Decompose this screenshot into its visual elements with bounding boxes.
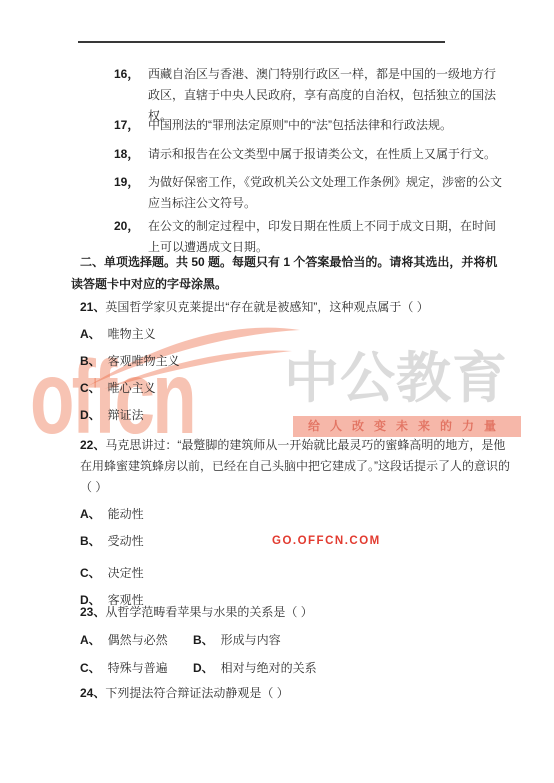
option-d: D、辩证法: [80, 405, 510, 426]
option-letter: A、: [80, 633, 101, 647]
question-18: 18， 请示和报告在公文类型中属于报请类公文，在性质上又属于行文。: [114, 144, 506, 165]
question-number: 23、: [80, 605, 105, 619]
question-text: 21、英国哲学家贝克莱提出“存在就是被感知”，这种观点属于（ ）: [80, 297, 510, 318]
question-text: 请示和报告在公文类型中属于报请类公文，在性质上又属于行文。: [148, 144, 506, 165]
option-text: 能动性: [108, 507, 144, 521]
option-b: B、客观唯物主义: [80, 351, 510, 372]
option-row: C、特殊与普遍 D、相对与绝对的关系: [80, 658, 510, 679]
question-text: 24、下列提法符合辩证法动静观是（ ）: [80, 683, 510, 704]
option-text: 客观唯物主义: [108, 354, 180, 368]
header-divider: [78, 41, 445, 43]
option-b: B、受动性: [80, 531, 510, 552]
option-letter: B、: [193, 633, 214, 647]
question-19: 19， 为做好保密工作，《党政机关公文处理工作条例》规定，涉密的公文应当标注公文…: [114, 172, 506, 214]
option-text: 辩证法: [108, 408, 144, 422]
question-23: 23、从哲学范畴看苹果与水果的关系是（ ） A、偶然与必然 B、形成与内容 C、…: [80, 602, 510, 679]
option-letter: B、: [80, 354, 101, 368]
option-text: 特殊与普遍: [108, 661, 168, 675]
option-c: C、唯心主义: [80, 378, 510, 399]
option-letter: B、: [80, 534, 101, 548]
option-letter: C、: [80, 566, 101, 580]
option-text: 偶然与必然: [108, 633, 168, 647]
section-header: 二、单项选择题。共 50 题。每题只有 1 个答案最恰当的。请将其选出，并将机读…: [71, 251, 509, 295]
option-a: A、能动性: [80, 504, 510, 525]
option-d: D、相对与绝对的关系: [193, 658, 510, 679]
question-17: 17， 中国刑法的“罪刑法定原则”中的“法”包括法律和行政法规。: [114, 115, 506, 136]
question-21: 21、英国哲学家贝克莱提出“存在就是被感知”，这种观点属于（ ） A、唯物主义 …: [80, 297, 510, 426]
option-letter: D、: [80, 408, 101, 422]
option-letter: D、: [193, 661, 214, 675]
option-letter: C、: [80, 381, 101, 395]
option-letter: A、: [80, 507, 101, 521]
question-number: 17，: [114, 115, 148, 136]
question-number: 22、: [80, 438, 105, 452]
option-letter: A、: [80, 327, 101, 341]
option-text: 受动性: [108, 534, 144, 548]
option-text: 相对与绝对的关系: [221, 661, 317, 675]
question-number: 18，: [114, 144, 148, 165]
question-22: 22、马克思讲过：“最蹩脚的建筑师从一开始就比最灵巧的蜜蜂高明的地方，是他在用蜂…: [80, 435, 510, 611]
option-row: A、偶然与必然 B、形成与内容: [80, 630, 510, 651]
option-a: A、偶然与必然: [80, 630, 193, 651]
section-header-text: 二、单项选择题。共 50 题。每题只有 1 个答案最恰当的。请将其选出，并将机读…: [71, 251, 509, 295]
question-text: 22、马克思讲过：“最蹩脚的建筑师从一开始就比最灵巧的蜜蜂高明的地方，是他在用蜂…: [80, 435, 510, 477]
option-c: C、特殊与普遍: [80, 658, 193, 679]
option-c: C、决定性: [80, 563, 510, 584]
option-b: B、形成与内容: [193, 630, 510, 651]
exam-document-page: offcn 中公教育 给人改变未来的力量 GO.OFFCN.COM 16， 西藏…: [0, 0, 554, 783]
question-24: 24、下列提法符合辩证法动静观是（ ）: [80, 683, 510, 704]
option-letter: C、: [80, 661, 101, 675]
option-text: 形成与内容: [221, 633, 281, 647]
option-a: A、唯物主义: [80, 324, 510, 345]
option-text: 决定性: [108, 566, 144, 580]
question-number: 24、: [80, 686, 105, 700]
answer-paren: （ ）: [80, 477, 510, 498]
option-text: 唯心主义: [108, 381, 156, 395]
option-text: 唯物主义: [108, 327, 156, 341]
question-number: 21、: [80, 300, 105, 314]
question-number: 19，: [114, 172, 148, 214]
question-text: 23、从哲学范畴看苹果与水果的关系是（ ）: [80, 602, 510, 623]
question-text: 中国刑法的“罪刑法定原则”中的“法”包括法律和行政法规。: [148, 115, 506, 136]
question-text: 为做好保密工作，《党政机关公文处理工作条例》规定，涉密的公文应当标注公文符号。: [148, 172, 506, 214]
